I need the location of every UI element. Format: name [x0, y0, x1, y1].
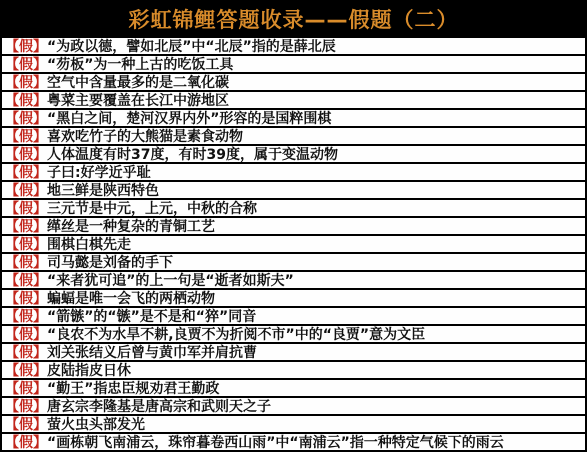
false-tag: 【假】 [5, 146, 47, 164]
table-row: 【假】 子曰:好学近乎耻 [2, 164, 585, 182]
table-row: 【假】 刘关张结义后曾与黄巾军并肩抗曹 [2, 344, 585, 362]
false-tag: 【假】 [5, 128, 47, 146]
false-tag: 【假】 [5, 92, 47, 110]
statement-text: 刘关张结义后曾与黄巾军并肩抗曹 [47, 344, 257, 362]
statement-text: 萤火虫头部发光 [47, 416, 145, 434]
table-row: 【假】 “画栋朝飞南浦云，珠帘暮卷西山雨”中“南浦云”指一种特定气候下的雨云 [2, 434, 585, 452]
table-row: 【假】 蝙蝠是唯一会飞的两栖动物 [2, 290, 585, 308]
statement-text: 三元节是中元，上元，中秋的合称 [47, 200, 257, 218]
false-tag: 【假】 [5, 236, 47, 254]
false-tag: 【假】 [5, 362, 47, 380]
false-tag: 【假】 [5, 182, 47, 200]
statement-text: 皮陆指皮日休 [47, 362, 131, 380]
false-tag: 【假】 [5, 380, 47, 398]
table-row: 【假】 围棋白棋先走 [2, 236, 585, 254]
statement-text: “来者犹可追”的上一句是“逝者如斯夫” [47, 272, 294, 290]
statement-text: “箭镞”的“镞”是不是和“猝”同音 [47, 308, 256, 326]
table-row: 【假】 缂丝是一种复杂的青铜工艺 [2, 218, 585, 236]
false-tag: 【假】 [5, 200, 47, 218]
false-tag: 【假】 [5, 434, 47, 452]
table-row: 【假】 “勤王”指忠臣规劝君王勤政 [2, 380, 585, 398]
table-row: 【假】 三元节是中元，上元，中秋的合称 [2, 200, 585, 218]
false-tag: 【假】 [5, 290, 47, 308]
table-row: 【假】 “为政以德，譬如北辰”中“北辰”指的是薛北辰 [2, 38, 585, 56]
statement-text: 喜欢吃竹子的大熊猫是素食动物 [47, 128, 243, 146]
false-tag: 【假】 [5, 56, 47, 74]
statement-text: “芴板”为一种上古的吃饭工具 [47, 56, 233, 74]
statement-text: “良农不为水旱不耕,良贾不为折阅不市”中的“良贾”意为文臣 [47, 326, 425, 344]
table-row: 【假】 萤火虫头部发光 [2, 416, 585, 434]
statement-text: 空气中含量最多的是二氧化碳 [47, 74, 229, 92]
statement-text: 地三鲜是陕西特色 [47, 182, 159, 200]
statement-text: 围棋白棋先走 [47, 236, 131, 254]
table-row: 【假】 地三鲜是陕西特色 [2, 182, 585, 200]
statement-text: “勤王”指忠臣规劝君王勤政 [47, 380, 219, 398]
statement-text: “画栋朝飞南浦云，珠帘暮卷西山雨”中“南浦云”指一种特定气候下的雨云 [47, 434, 504, 452]
statement-text: 唐玄宗李隆基是唐高宗和武则天之子 [47, 398, 271, 416]
false-tag: 【假】 [5, 218, 47, 236]
table-row: 【假】 “良农不为水旱不耕,良贾不为折阅不市”中的“良贾”意为文臣 [2, 326, 585, 344]
statement-text: “为政以德，譬如北辰”中“北辰”指的是薛北辰 [47, 38, 336, 56]
table-row: 【假】 司马懿是刘备的手下 [2, 254, 585, 272]
statement-text: 蝙蝠是唯一会飞的两栖动物 [47, 290, 215, 308]
page-title: 彩虹锦鲤答题收录——假题（二） [129, 4, 459, 34]
table-row: 【假】 “来者犹可追”的上一句是“逝者如斯夫” [2, 272, 585, 290]
table-row: 【假】 “箭镞”的“镞”是不是和“猝”同音 [2, 308, 585, 326]
table-row: 【假】 “黑白之间，楚河汉界内外”形容的是国粹围棋 [2, 110, 585, 128]
table-row: 【假】 粤菜主要覆盖在长江中游地区 [2, 92, 585, 110]
statement-text: 子曰:好学近乎耻 [47, 164, 151, 182]
quiz-answer-sheet: 彩虹锦鲤答题收录——假题（二） 【假】 “为政以德，譬如北辰”中“北辰”指的是薛… [0, 0, 587, 452]
false-tag: 【假】 [5, 326, 47, 344]
false-tag: 【假】 [5, 74, 47, 92]
answer-list: 【假】 “为政以德，譬如北辰”中“北辰”指的是薛北辰 【假】 “芴板”为一种上古… [0, 38, 587, 452]
table-row: 【假】 喜欢吃竹子的大熊猫是素食动物 [2, 128, 585, 146]
statement-text: 缂丝是一种复杂的青铜工艺 [47, 218, 215, 236]
table-row: 【假】 人体温度有时37度，有时39度，属于变温动物 [2, 146, 585, 164]
statement-text: “黑白之间，楚河汉界内外”形容的是国粹围棋 [47, 110, 331, 128]
statement-text: 司马懿是刘备的手下 [47, 254, 173, 272]
false-tag: 【假】 [5, 344, 47, 362]
false-tag: 【假】 [5, 308, 47, 326]
false-tag: 【假】 [5, 254, 47, 272]
false-tag: 【假】 [5, 38, 47, 56]
table-row: 【假】 唐玄宗李隆基是唐高宗和武则天之子 [2, 398, 585, 416]
false-tag: 【假】 [5, 110, 47, 128]
table-row: 【假】 “芴板”为一种上古的吃饭工具 [2, 56, 585, 74]
false-tag: 【假】 [5, 272, 47, 290]
table-row: 【假】 空气中含量最多的是二氧化碳 [2, 74, 585, 92]
table-row: 【假】 皮陆指皮日休 [2, 362, 585, 380]
statement-text: 人体温度有时37度，有时39度，属于变温动物 [47, 146, 338, 164]
statement-text: 粤菜主要覆盖在长江中游地区 [47, 92, 229, 110]
false-tag: 【假】 [5, 416, 47, 434]
title-bar: 彩虹锦鲤答题收录——假题（二） [0, 0, 587, 38]
false-tag: 【假】 [5, 164, 47, 182]
false-tag: 【假】 [5, 398, 47, 416]
